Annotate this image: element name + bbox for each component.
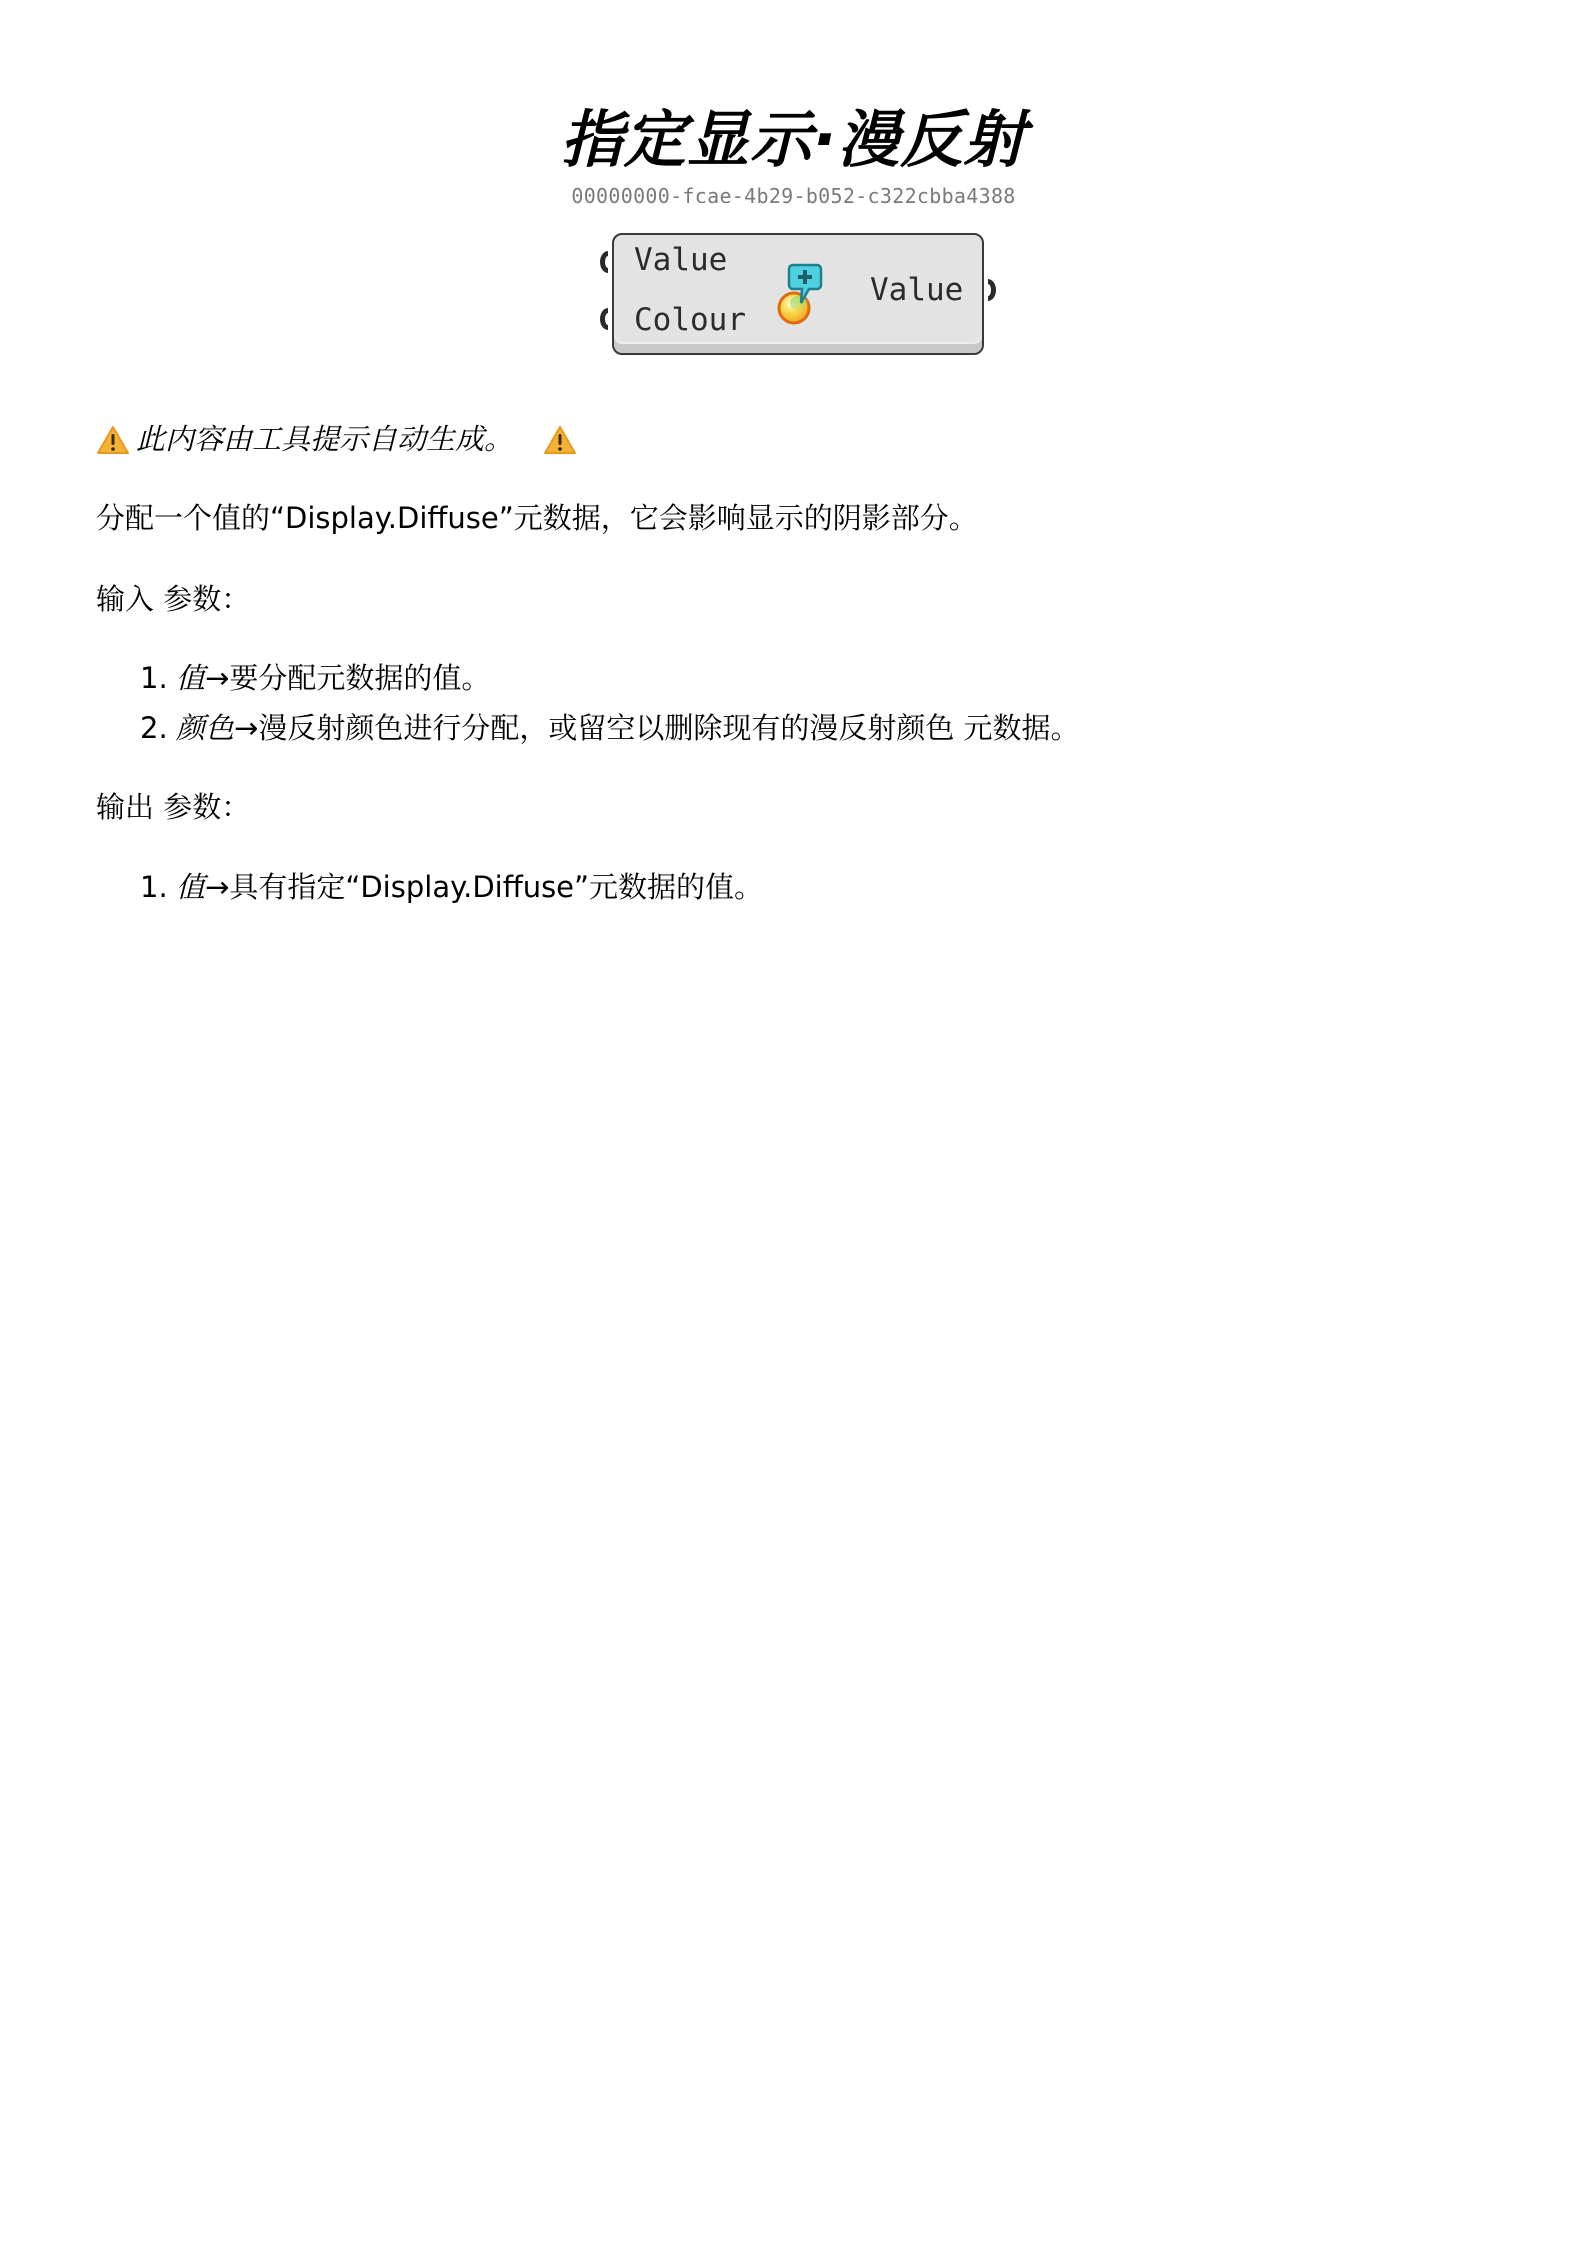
outputs-heading: 输出 参数： [96,786,250,828]
param-description: 要分配元数据的值。 [229,661,490,695]
input-label-colour: Colour [634,302,746,338]
input-param-item: 1.值→要分配元数据的值。 [140,653,1080,703]
inputs-heading: 输入 参数： [96,578,250,620]
auto-generated-notice: 此内容由工具提示自动生成。 [96,418,577,460]
outputs-list: 1.值→具有指定“Display.Diffuse”元数据的值。 [140,862,763,912]
page-title: 指定显示·漫反射 [0,100,1587,180]
output-param-item: 1.值→具有指定“Display.Diffuse”元数据的值。 [140,862,763,912]
param-name: 颜色 [176,711,234,745]
display-diffuse-add-icon [777,263,825,325]
arrow: → [205,661,229,695]
inputs-list: 1.值→要分配元数据的值。 2.颜色→漫反射颜色进行分配，或留空以删除现有的漫反… [140,653,1080,753]
input-label-value: Value [634,242,727,278]
warning-icon [96,424,130,454]
param-name: 值 [176,870,205,904]
output-label-value: Value [870,272,963,308]
param-description: 具有指定“Display.Diffuse”元数据的值。 [229,870,763,904]
arrow: → [234,711,258,745]
component-guid: 00000000-fcae-4b29-b052-c322cbba4388 [0,184,1587,208]
input-param-item: 2.颜色→漫反射颜色进行分配，或留空以删除现有的漫反射颜色 元数据。 [140,703,1080,753]
arrow: → [205,870,229,904]
item-number: 1. [140,862,176,912]
component-description: 分配一个值的“Display.Diffuse”元数据，它会影响显示的阴影部分。 [96,497,978,539]
warning-icon [543,424,577,454]
item-number: 1. [140,653,176,703]
item-number: 2. [140,703,176,753]
param-description: 漫反射颜色进行分配，或留空以删除现有的漫反射颜色 元数据。 [258,711,1079,745]
notice-text: 此内容由工具提示自动生成。 [136,418,513,460]
param-name: 值 [176,661,205,695]
component-widget[interactable]: Value Colour Value [612,233,988,359]
